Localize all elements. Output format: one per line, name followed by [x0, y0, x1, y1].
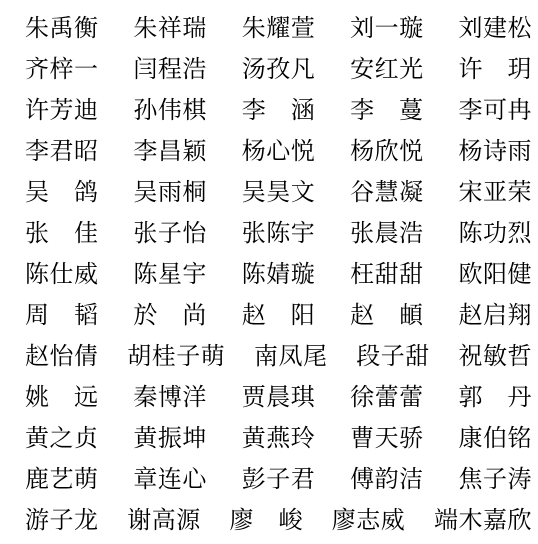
name-row: 姚 远 秦博洋 贾晨琪 徐蕾蕾 郭 丹 — [25, 376, 532, 417]
name-item: 吴 鸽 — [25, 180, 99, 204]
name-row: 朱禹衡 朱祥瑞 朱耀萱 刘一璇 刘建松 — [25, 7, 532, 48]
name-item: 曹天骄 — [350, 426, 424, 450]
name-item: 黄振坤 — [133, 426, 207, 450]
name-item: 李昌颖 — [133, 139, 207, 163]
name-item: 陈婧璇 — [242, 262, 316, 286]
name-row: 张 佳 张子怡 张陈宇 张晨浩 陈功烈 — [25, 212, 532, 253]
name-item: 秦博洋 — [133, 385, 207, 409]
name-grid: 朱禹衡 朱祥瑞 朱耀萱 刘一璇 刘建松 齐梓一 闫程浩 汤孜凡 安红光 许 玥 … — [0, 0, 538, 540]
name-item: 张晨浩 — [350, 221, 424, 245]
name-item: 朱耀萱 — [242, 16, 316, 40]
name-item: 廖志威 — [332, 508, 406, 532]
name-item: 章连心 — [133, 467, 207, 491]
name-row: 鹿艺萌 章连心 彭子君 傅韵洁 焦子涛 — [25, 458, 532, 499]
name-item: 杨欣悦 — [350, 139, 424, 163]
name-item: 吴雨桐 — [133, 180, 207, 204]
name-item: 郭 丹 — [459, 385, 533, 409]
name-item: 谷慧凝 — [350, 180, 424, 204]
name-item: 陈星宇 — [133, 262, 207, 286]
name-item: 刘建松 — [459, 16, 533, 40]
name-item: 廖 峻 — [230, 508, 304, 532]
name-item: 朱禹衡 — [25, 16, 99, 40]
name-row: 黄之贞 黄振坤 黄燕玲 曹天骄 康伯铭 — [25, 417, 532, 458]
name-item: 张陈宇 — [242, 221, 316, 245]
name-item: 端木嘉欣 — [434, 508, 532, 532]
name-row: 吴 鸽 吴雨桐 吴昊文 谷慧凝 宋亚荣 — [25, 171, 532, 212]
name-item: 齐梓一 — [25, 57, 99, 81]
name-item: 李可冉 — [459, 98, 533, 122]
name-row: 齐梓一 闫程浩 汤孜凡 安红光 许 玥 — [25, 48, 532, 89]
name-item: 姚 远 — [25, 385, 99, 409]
name-item: 傅韵洁 — [350, 467, 424, 491]
name-item: 贾晨琪 — [242, 385, 316, 409]
name-item: 彭子君 — [242, 467, 316, 491]
name-item: 游子龙 — [25, 508, 99, 532]
name-row: 李君昭 李昌颖 杨心悦 杨欣悦 杨诗雨 — [25, 130, 532, 171]
name-item: 许芳迪 — [25, 98, 99, 122]
name-list-page: 朱禹衡 朱祥瑞 朱耀萱 刘一璇 刘建松 齐梓一 闫程浩 汤孜凡 安红光 许 玥 … — [0, 0, 538, 544]
name-item: 汤孜凡 — [242, 57, 316, 81]
name-item: 赵启翔 — [459, 303, 533, 327]
name-item: 段子甜 — [356, 344, 430, 368]
name-item: 黄燕玲 — [242, 426, 316, 450]
name-item: 李君昭 — [25, 139, 99, 163]
name-item: 孙伟棋 — [133, 98, 207, 122]
name-item: 陈功烈 — [459, 221, 533, 245]
name-item: 张子怡 — [133, 221, 207, 245]
name-item: 安红光 — [350, 57, 424, 81]
name-item: 南凤尾 — [254, 344, 328, 368]
name-item: 欧阳健 — [459, 262, 533, 286]
name-item: 赵 阳 — [242, 303, 316, 327]
name-item: 陈仕威 — [25, 262, 99, 286]
name-item: 祝敏哲 — [459, 344, 533, 368]
name-item: 康伯铭 — [459, 426, 533, 450]
name-item: 焦子涛 — [459, 467, 533, 491]
name-item: 徐蕾蕾 — [350, 385, 424, 409]
name-item: 闫程浩 — [133, 57, 207, 81]
name-item: 枉甜甜 — [350, 262, 424, 286]
name-item: 许 玥 — [459, 57, 533, 81]
name-row: 周 韬 於 尚 赵 阳 赵 頔 赵启翔 — [25, 294, 532, 335]
name-item: 胡桂子萌 — [127, 344, 225, 368]
name-item: 周 韬 — [25, 303, 99, 327]
name-item: 宋亚荣 — [459, 180, 533, 204]
name-row: 赵怡倩 胡桂子萌 南凤尾 段子甜 祝敏哲 — [25, 335, 532, 376]
name-item: 吴昊文 — [242, 180, 316, 204]
name-item: 李 涵 — [242, 98, 316, 122]
name-row: 游子龙 谢高源 廖 峻 廖志威 端木嘉欣 — [25, 499, 532, 540]
name-item: 鹿艺萌 — [25, 467, 99, 491]
name-item: 谢高源 — [127, 508, 201, 532]
name-item: 黄之贞 — [25, 426, 99, 450]
name-item: 朱祥瑞 — [133, 16, 207, 40]
name-row: 陈仕威 陈星宇 陈婧璇 枉甜甜 欧阳健 — [25, 253, 532, 294]
name-item: 李 蔓 — [350, 98, 424, 122]
name-item: 於 尚 — [133, 303, 207, 327]
name-item: 赵 頔 — [350, 303, 424, 327]
name-item: 杨心悦 — [242, 139, 316, 163]
name-item: 杨诗雨 — [459, 139, 533, 163]
name-item: 赵怡倩 — [25, 344, 99, 368]
name-item: 刘一璇 — [350, 16, 424, 40]
name-item: 张 佳 — [25, 221, 99, 245]
name-row: 许芳迪 孙伟棋 李 涵 李 蔓 李可冉 — [25, 89, 532, 130]
